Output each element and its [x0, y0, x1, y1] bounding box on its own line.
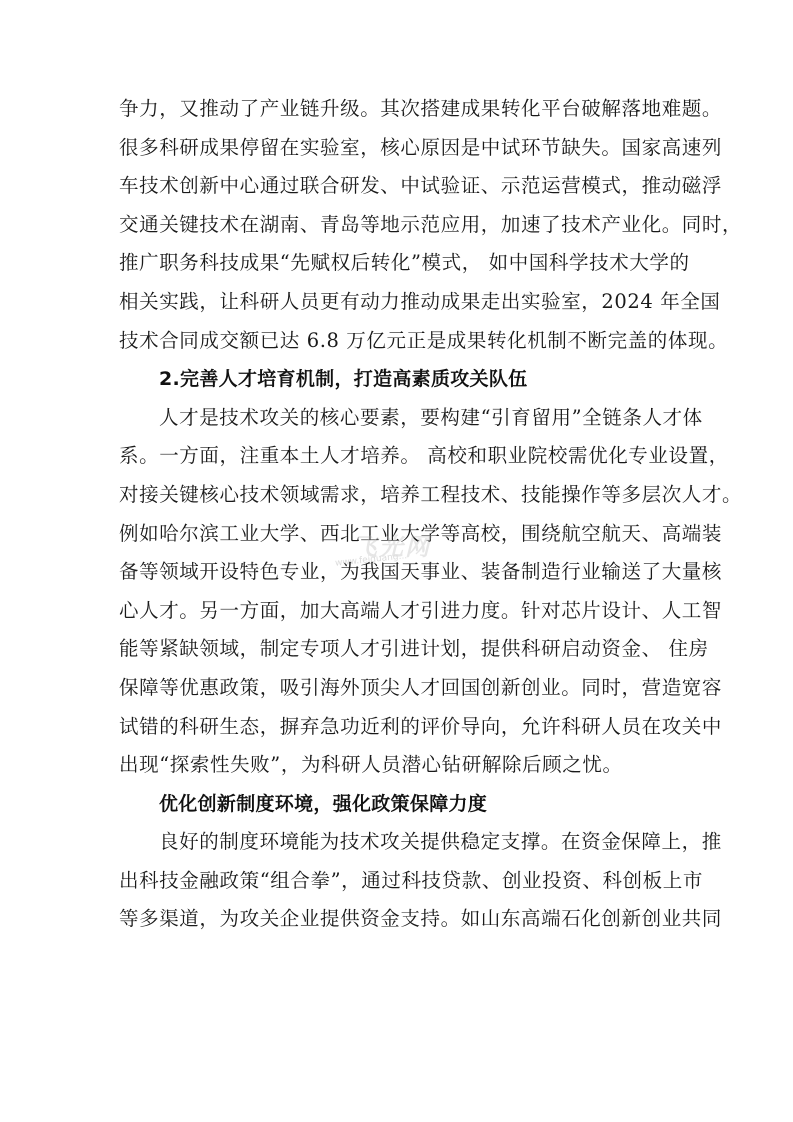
text-line: 等多渠道，为攻关企业提供资金支持。如山东高端石化创新创业共同	[119, 900, 679, 939]
document-page: 争力，又推动了产业链升级。其次搭建成果转化平台破解落地难题。 很多科研成果停留在…	[0, 0, 793, 1122]
text-line: 交通关键技术在湖南、青岛等地示范应用，加速了技术产业化。同时，	[119, 206, 679, 245]
text-line: 技术合同成交额已达 6.8 万亿元正是成果转化机制不断完盖的体现。	[119, 322, 679, 361]
paragraph-policy: 良好的制度环境能为技术攻关提供稳定支撑。在资金保障上，推 出科技金融政策“组合拳…	[119, 823, 679, 939]
text-line: 试错的科研生态，摒弃急功近利的评价导向，允许科研人员在攻关中	[119, 708, 679, 747]
text-line: 能等紧缺领域，制定专项人才引进计划，提供科研启动资金、 住房	[119, 630, 679, 669]
text-line: 人才是技术攻关的核心要素，要构建“引育留用”全链条人才体	[119, 399, 679, 438]
text-line: 心人才。另一方面，加大高端人才引进力度。针对芯片设计、人工智	[119, 592, 679, 631]
text-line: 车技术创新中心通过联合研发、中试验证、示范运营模式，推动磁浮	[119, 167, 679, 206]
text-line: 出现“探索性失败”，为科研人员潜心钻研解除后顾之忧。	[119, 746, 679, 785]
text-line: 对接关键核心技术领域需求，培养工程技术、技能操作等多层次人才。	[119, 476, 679, 515]
text-line: 保障等优惠政策，吸引海外顶尖人才回国创新创业。同时，营造宽容	[119, 669, 679, 708]
text-line: 备等领域开设特色专业，为我国天事业、装备制造行业输送了大量核	[119, 553, 679, 592]
text-line: 推广职务科技成果“先赋权后转化”模式， 如中国科学技术大学的	[119, 244, 679, 283]
text-line: 相关实践，让科研人员更有动力推动成果走出实验室，2024 年全国	[119, 283, 679, 322]
paragraph-tech-transfer: 争力，又推动了产业链升级。其次搭建成果转化平台破解落地难题。 很多科研成果停留在…	[119, 90, 679, 360]
document-body: 争力，又推动了产业链升级。其次搭建成果转化平台破解落地难题。 很多科研成果停留在…	[119, 90, 679, 939]
text-line: 例如哈尔滨工业大学、西北工业大学等高校，围绕航空航天、高端装	[119, 515, 679, 554]
paragraph-talent: 人才是技术攻关的核心要素，要构建“引育留用”全链条人才体 系。一方面，注重本土人…	[119, 399, 679, 785]
text-line: 良好的制度环境能为技术攻关提供稳定支撑。在资金保障上，推	[119, 823, 679, 862]
section-heading-talent: 2.完善人才培育机制，打造高素质攻关队伍	[119, 360, 679, 399]
text-line: 系。一方面，注重本土人才培养。 高校和职业院校需优化专业设置，	[119, 437, 679, 476]
text-line: 争力，又推动了产业链升级。其次搭建成果转化平台破解落地难题。	[119, 90, 679, 129]
section-heading-policy: 优化创新制度环境，强化政策保障力度	[119, 785, 679, 824]
text-line: 出科技金融政策“组合拳”，通过科技贷款、创业投资、科创板上市	[119, 862, 679, 901]
text-line: 很多科研成果停留在实验室，核心原因是中试环节缺失。国家高速列	[119, 129, 679, 168]
